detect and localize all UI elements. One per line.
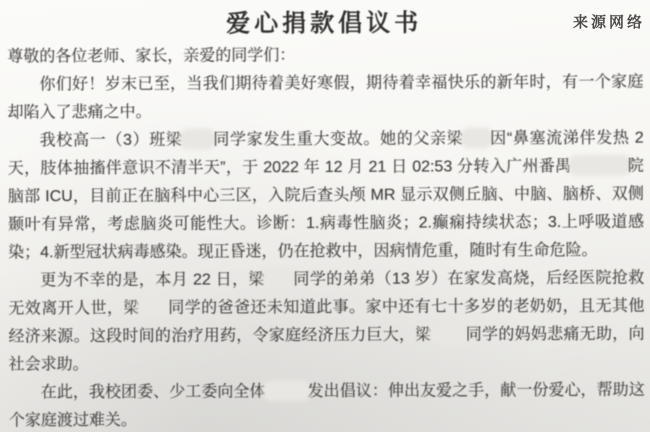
paragraph-text: 尊敬的各位老师、家长，亲爱的同学们： [7,47,295,65]
redacted-name [571,158,627,173]
redacted-name [266,383,308,398]
document-title: 爱心捐款倡议书 [0,2,649,40]
paragraph-text: 同学家发生重大变故。她的父亲梁 [213,130,464,148]
document-content: 爱心捐款倡议书 尊敬的各位老师、家长，亲爱的同学们：你们好！岁末已至，当我们期待… [0,0,650,432]
redacted-name [140,300,168,315]
document-paragraph: 我校高一（3）班梁同学家发生重大变故。她的父亲梁因“鼻塞流涕伴发热 2 天，肢体… [8,125,645,268]
document-paragraph: 在此，我校团委、少工委向全体发出倡议：伸出友爱之手，献一份爱心，帮助这个家庭渡过… [9,377,645,432]
document-paragraph: 尊敬的各位老师、家长，亲爱的同学们： [7,41,643,72]
redacted-name [183,131,213,146]
redacted-name [463,130,489,145]
redacted-name [431,326,465,341]
document-paragraph: 你们好！岁末已至，当我们期待着美好寒假，期待着幸福快乐的新年时，有一个家庭却陷入… [7,69,643,128]
redacted-name [265,271,293,286]
document-body: 尊敬的各位老师、家长，亲爱的同学们：你们好！岁末已至，当我们期待着美好寒假，期待… [0,41,650,432]
document-paragraph: 更为不幸的是，本月 22 日，梁同学的弟弟（13 岁）在家发高烧，后经医院抢救无… [8,265,644,380]
source-watermark: 来源网络 [573,11,645,32]
document-page: 爱心捐款倡议书 尊敬的各位老师、家长，亲爱的同学们：你们好！岁末已至，当我们期待… [0,0,650,432]
paragraph-text: 你们好！岁末已至，当我们期待着美好寒假，期待着幸福快乐的新年时，有一个家庭却陷入… [8,74,644,122]
paragraph-text: 在此，我校团委、少工委向全体 [41,383,266,401]
paragraph-text: 更为不幸的是，本月 22 日，梁 [40,271,265,289]
paragraph-text: 我校高一（3）班梁 [40,132,183,150]
